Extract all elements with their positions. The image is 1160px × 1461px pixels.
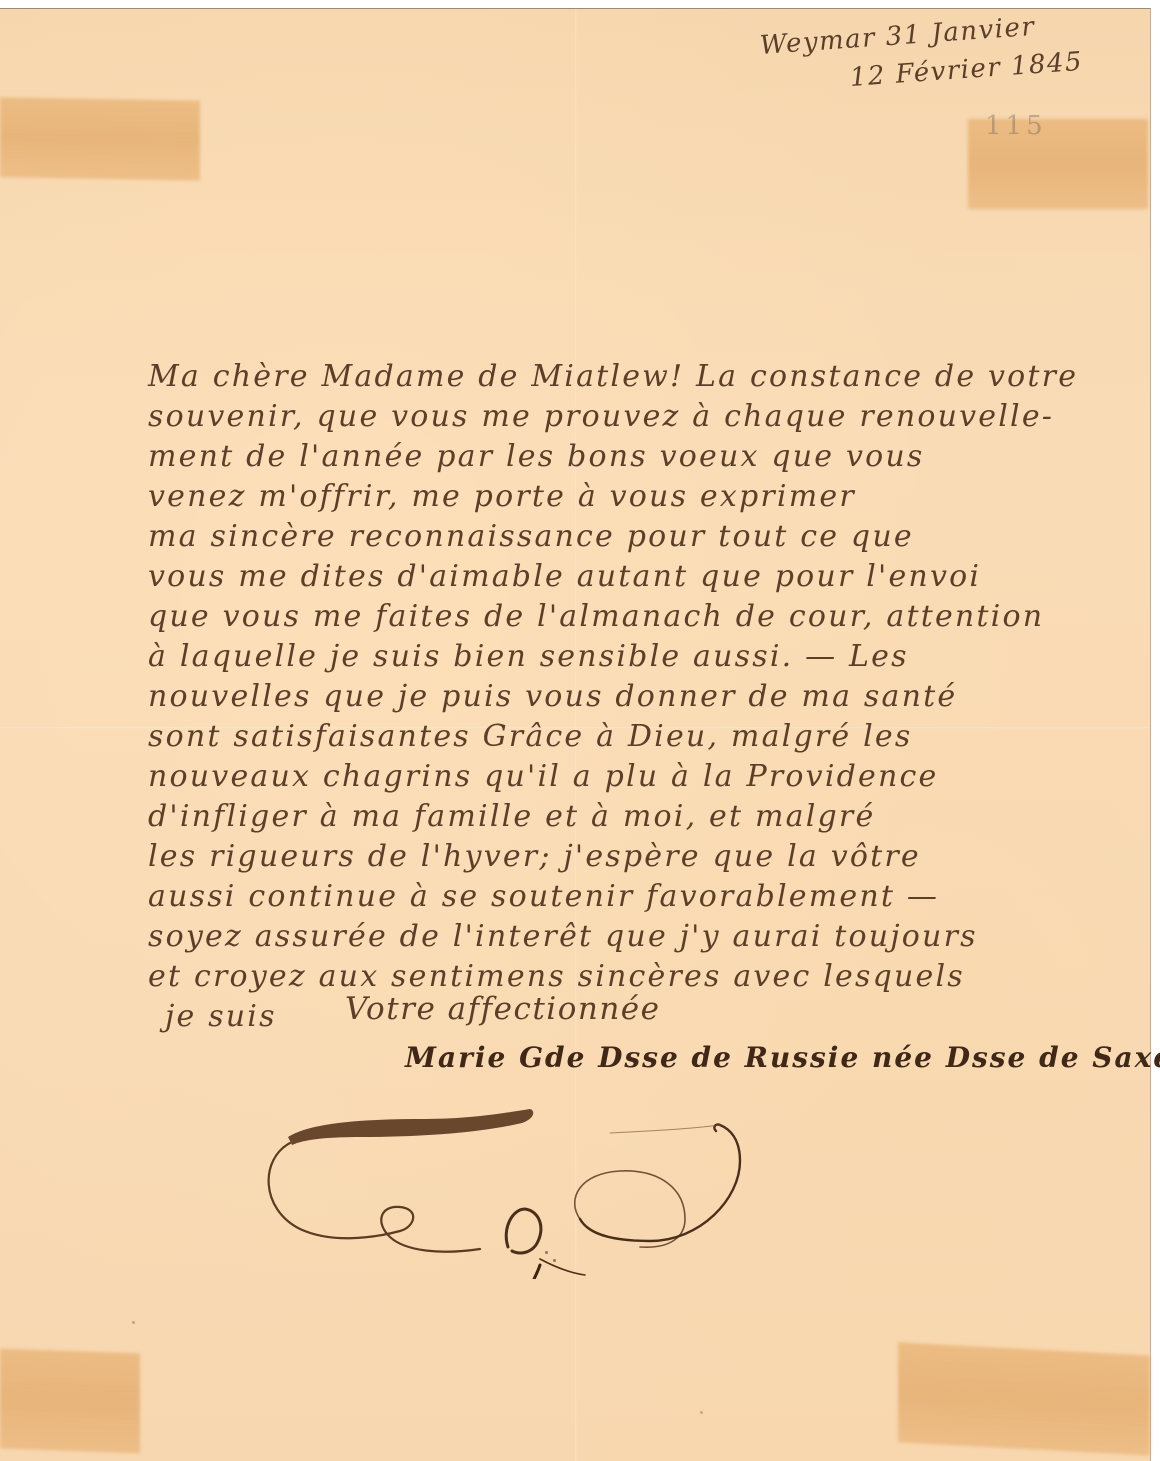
letter-line: ma sincère reconnaissance pour tout ce q… — [148, 519, 914, 554]
letter-line: sont satisfaisantes Grâce à Dieu, malgré… — [148, 719, 912, 754]
letter-line: soyez assurée de l'interêt que j'y aurai… — [148, 919, 978, 954]
dateline-alt-date: 12 Février 1845 — [849, 47, 1084, 93]
paper-speck — [700, 1411, 703, 1414]
signature: Marie Gde Dsse de Russie née Dsse de Sax… — [405, 1041, 1160, 1074]
letter-line: Ma chère Madame de Miatlew! La constance… — [148, 359, 1078, 394]
letter-line: nouvelles que je puis vous donner de ma … — [148, 679, 957, 714]
ink-speck — [553, 1259, 556, 1262]
letter-line: ment de l'année par les bons voeux que v… — [148, 439, 924, 474]
tape-residue-bottom-right — [898, 1342, 1150, 1455]
archival-pencil-mark: 115 — [985, 111, 1047, 141]
closing-phrase: Votre affectionnée — [345, 991, 660, 1027]
letter-line: que vous me faites de l'almanach de cour… — [148, 599, 1044, 634]
letter-line: nouveaux chagrins qu'il a plu à la Provi… — [148, 759, 938, 794]
tape-residue-bottom-left — [0, 1349, 140, 1454]
ink-speck — [545, 1251, 548, 1254]
paper-speck — [132, 1321, 135, 1324]
tape-residue-top-left — [0, 97, 200, 180]
letter-line: vous me dites d'aimable autant que pour … — [148, 559, 981, 594]
letter-line: je suis — [165, 999, 277, 1034]
letter-line: venez m'offrir, me porte à vous exprimer — [148, 479, 856, 514]
letter-line: à laquelle je suis bien sensible aussi. … — [148, 639, 909, 674]
letter-line: et croyez aux sentimens sincères avec le… — [148, 959, 965, 994]
letter-line: souvenir, que vous me prouvez à chaque r… — [148, 399, 1054, 434]
letter-line: les rigueurs de l'hyver; j'espère que la… — [148, 839, 921, 874]
letter-paper: 115 Weymar 31 Janvier 12 Février 1845 Ma… — [0, 8, 1151, 1461]
letter-line: aussi continue à se soutenir favorableme… — [148, 879, 939, 914]
letter-line: d'infliger à ma famille et à moi, et mal… — [148, 799, 875, 834]
signature-flourish-icon — [240, 1089, 760, 1279]
